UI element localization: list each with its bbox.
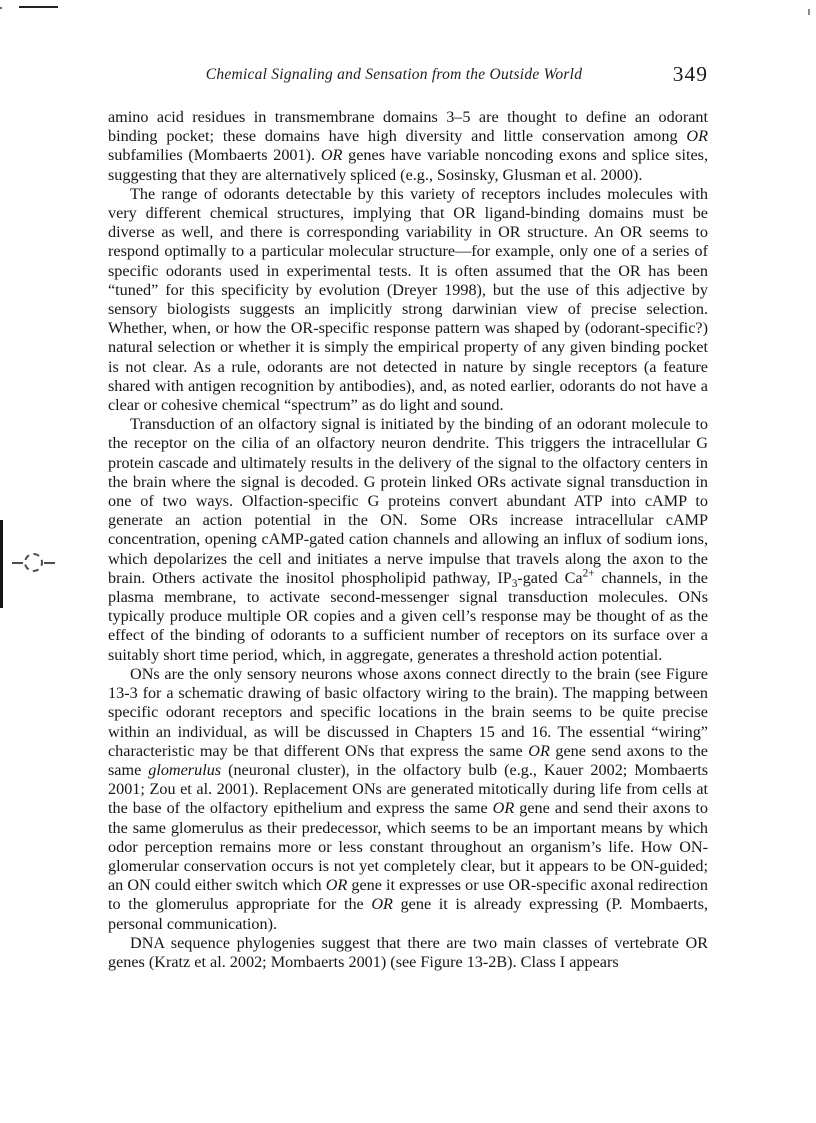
margin-bar <box>0 520 3 608</box>
text-run: OR <box>326 876 348 894</box>
registration-mark-icon <box>12 553 55 572</box>
crop-dot-icon <box>0 7 2 9</box>
body-text-column: amino acid residues in transmembrane dom… <box>108 108 708 972</box>
crop-tick-icon <box>808 9 810 15</box>
crop-rule-icon <box>19 6 58 8</box>
registration-dash-right <box>44 562 55 564</box>
registration-circle <box>24 553 43 572</box>
page-number: 349 <box>673 62 708 87</box>
body-paragraph: DNA sequence phylogenies suggest that th… <box>108 934 708 972</box>
text-run: The range of odorants detectable by this… <box>108 185 708 414</box>
text-run: glomerulus <box>148 761 221 779</box>
text-run: DNA sequence phylogenies suggest that th… <box>108 934 708 971</box>
text-run: Transduction of an olfactory signal is i… <box>108 415 708 587</box>
text-run: subfamilies (Mombaerts 2001). <box>108 146 321 164</box>
body-paragraph: The range of odorants detectable by this… <box>108 185 708 415</box>
text-run: OR <box>371 895 393 913</box>
text-run: OR <box>686 127 708 145</box>
body-paragraph: Transduction of an olfactory signal is i… <box>108 415 708 665</box>
text-run: OR <box>528 742 550 760</box>
text-run: OR <box>321 146 343 164</box>
text-run: -gated Ca <box>517 569 582 587</box>
running-title: Chemical Signaling and Sensation from th… <box>108 66 680 84</box>
text-run: 2+ <box>583 567 595 579</box>
body-paragraph: ONs are the only sensory neurons whose a… <box>108 665 708 934</box>
text-run: amino acid residues in transmembrane dom… <box>108 108 708 145</box>
body-paragraph: amino acid residues in transmembrane dom… <box>108 108 708 185</box>
text-run: OR <box>493 799 515 817</box>
book-page: Chemical Signaling and Sensation from th… <box>0 0 816 1123</box>
registration-dash-left <box>12 562 23 564</box>
running-header: Chemical Signaling and Sensation from th… <box>108 62 708 90</box>
